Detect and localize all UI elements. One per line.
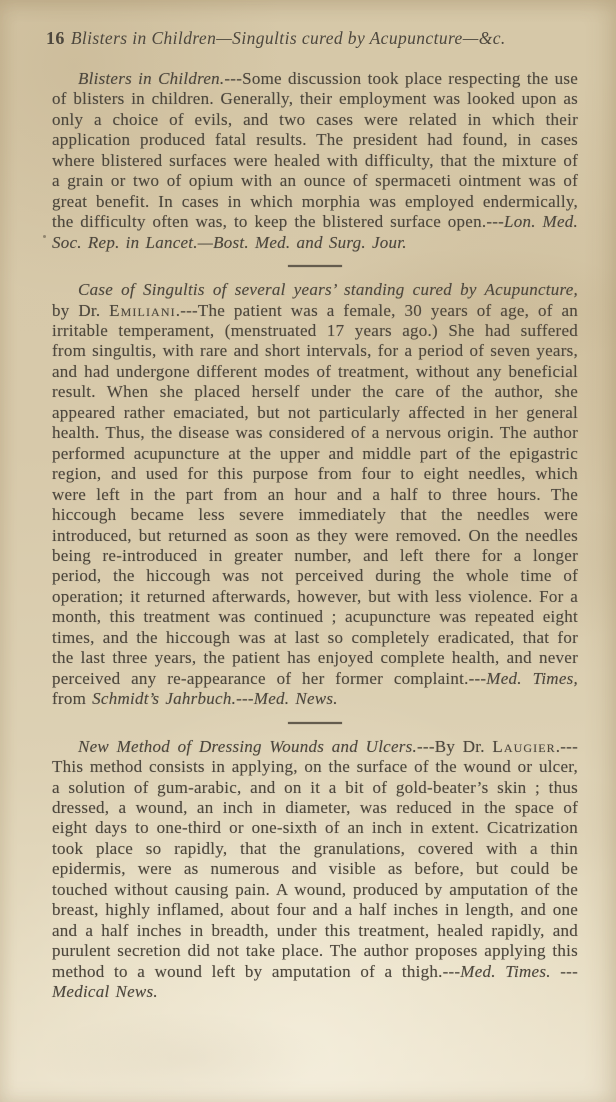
text-segment-smallcaps: Emiliani — [109, 301, 176, 320]
text-segment-normal: from — [52, 689, 92, 708]
article-dressing-wounds-and-ulcers: New Method of Dressing Wounds and Ulcers… — [52, 737, 578, 1003]
section-divider — [288, 265, 342, 267]
page-number: 16 — [46, 28, 65, 48]
text-segment-normal: .---This method consists in applying, on… — [52, 737, 578, 981]
article-singultis-cured-by-acupuncture: Case of Singultis of several years’ stan… — [52, 280, 578, 710]
text-segment-normal: ---Some discussion took place respecting… — [52, 69, 578, 231]
text-segment-normal: by Dr. — [52, 301, 109, 320]
running-head-title: Blisters in Children—Singultis cured by … — [71, 28, 506, 48]
text-segment-smallcaps: Laugier — [492, 737, 555, 756]
text-segment-normal: ---By Dr. — [417, 737, 492, 756]
text-segment-italic: New Method of Dressing Wounds and Ulcers… — [78, 737, 417, 756]
press-speck — [43, 235, 46, 238]
text-segment-italic: Schmidt’s Jahrbuch.---Med. News. — [92, 689, 338, 708]
journal-page: 16Blisters in Children—Singultis cured b… — [0, 0, 616, 1102]
article-blisters-in-children: Blisters in Children.---Some discussion … — [52, 69, 578, 253]
text-segment-normal: .---The patient was a female, 30 years o… — [52, 301, 578, 688]
text-segment-italic: Blisters in Children. — [78, 69, 224, 88]
section-divider — [288, 722, 342, 724]
text-segment-italic: ---Med. Times, — [469, 669, 578, 688]
text-segment-italic: Case of Singultis of several years’ stan… — [78, 280, 578, 299]
running-head: 16Blisters in Children—Singultis cured b… — [46, 28, 578, 49]
